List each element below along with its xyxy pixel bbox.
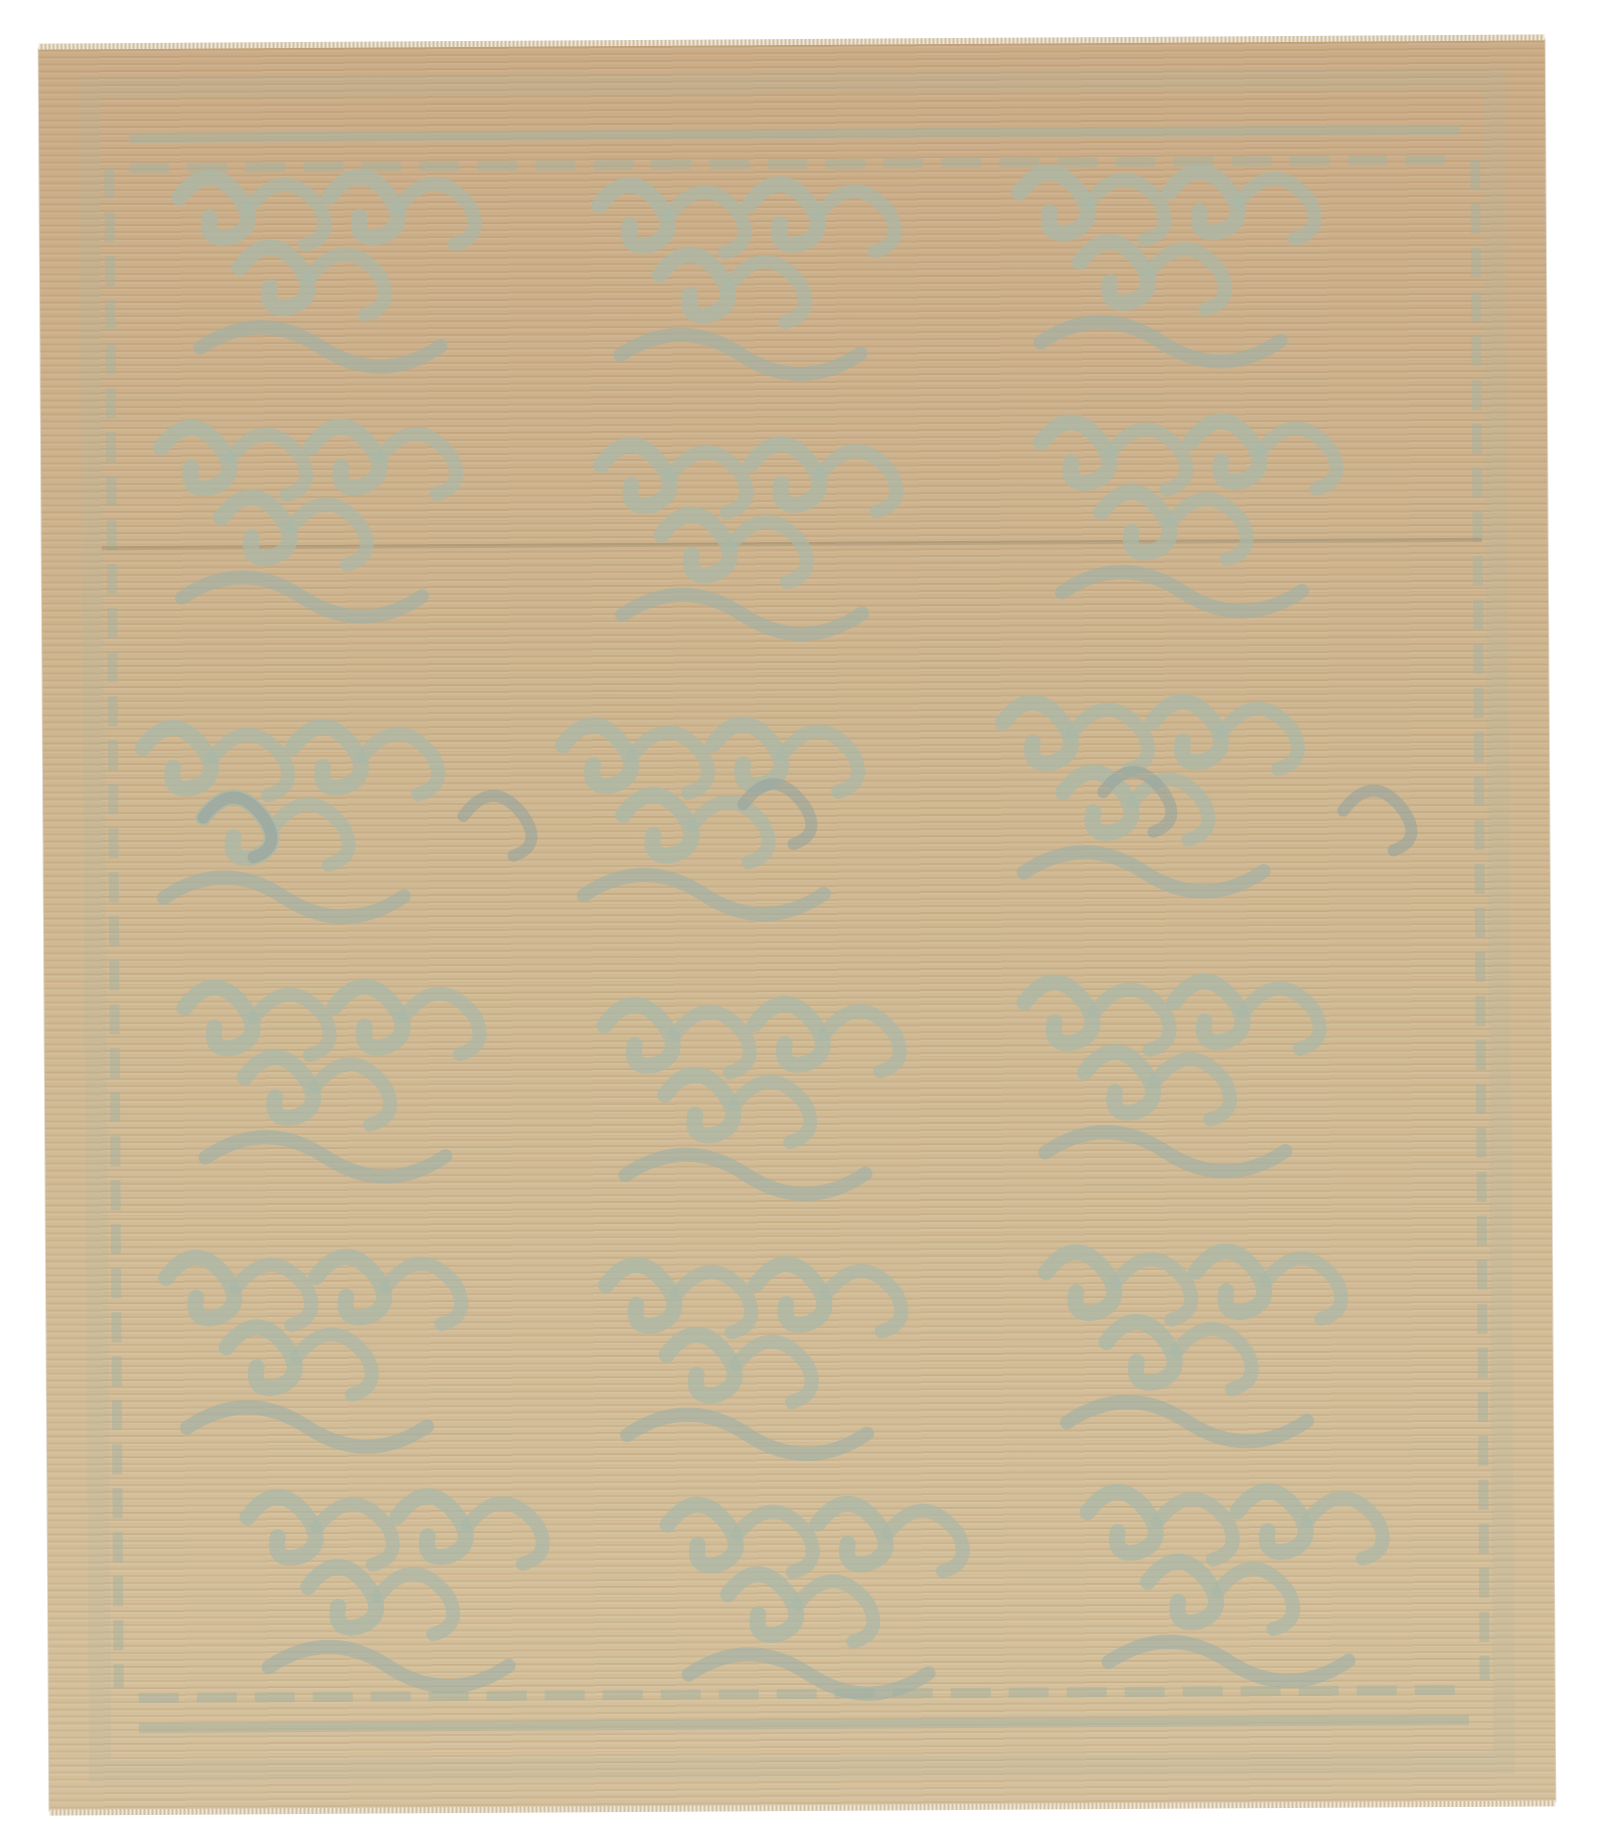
scrollwork-pattern (39, 39, 1556, 1810)
rug (39, 39, 1556, 1810)
